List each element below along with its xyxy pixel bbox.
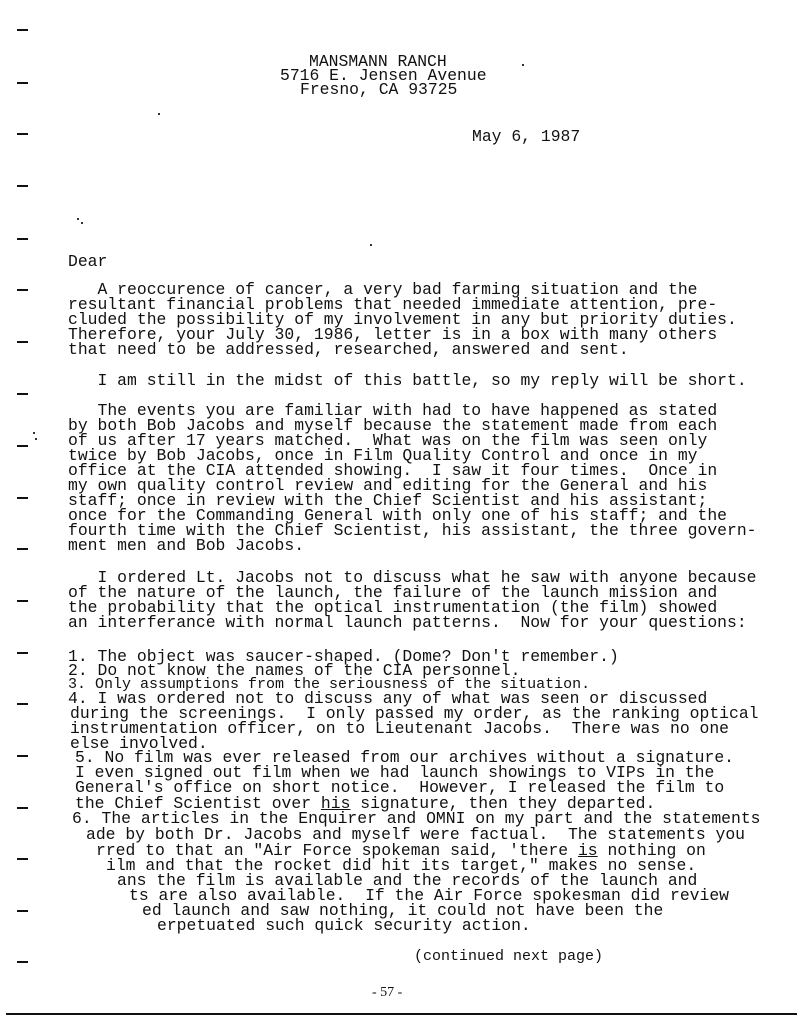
margin-tick	[17, 910, 28, 912]
margin-tick	[17, 445, 28, 447]
margin-tick	[17, 185, 28, 187]
margin-tick	[17, 238, 28, 240]
margin-tick	[17, 82, 28, 84]
letter-date: May 6, 1987	[472, 129, 580, 145]
text-line: ment men and Bob Jacobs.	[68, 538, 304, 554]
text-line: that need to be addressed, researched, a…	[68, 342, 629, 358]
scan-speck	[33, 432, 35, 434]
margin-tick	[17, 289, 28, 291]
margin-tick	[17, 652, 28, 654]
scan-speck	[370, 244, 372, 246]
margin-tick	[17, 600, 28, 602]
letterhead-city: Fresno, CA 93725	[300, 82, 457, 98]
margin-tick	[17, 341, 28, 343]
margin-tick	[17, 961, 28, 963]
margin-tick	[17, 548, 28, 550]
scan-speck	[158, 113, 160, 115]
bottom-rule	[6, 1013, 797, 1015]
text-line: an interferance with normal launch patte…	[68, 615, 747, 631]
scan-speck	[81, 222, 83, 224]
continued-note: (continued next page)	[414, 949, 603, 965]
text-line: I am still in the midst of this battle, …	[68, 373, 747, 389]
margin-tick	[17, 807, 28, 809]
scan-speck	[522, 64, 524, 66]
margin-tick	[17, 703, 28, 705]
salutation: Dear	[68, 254, 107, 270]
margin-tick	[17, 858, 28, 860]
margin-tick	[17, 133, 28, 135]
page-number: - 57 -	[372, 985, 402, 1001]
text-line: erpetuated such quick security action.	[157, 918, 531, 934]
margin-tick	[17, 497, 28, 499]
letter-page: MANSMANN RANCH 5716 E. Jensen Avenue Fre…	[0, 0, 800, 1019]
scan-speck	[35, 438, 37, 440]
scan-speck	[77, 218, 79, 220]
margin-tick	[17, 393, 28, 395]
margin-tick	[17, 755, 28, 757]
margin-tick	[17, 29, 28, 31]
